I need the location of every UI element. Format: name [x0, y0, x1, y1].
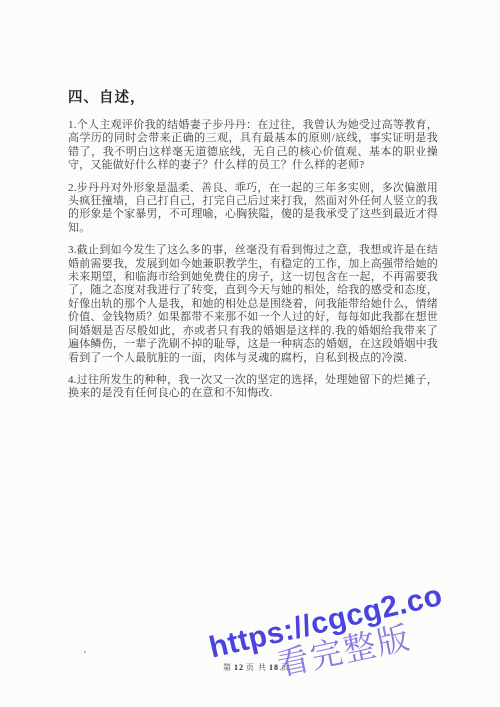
stray-scan-mark: ' — [84, 650, 86, 661]
paragraph-2: 2.步丹丹对外形象是温柔、善良、乖巧，在一起的三年多实则，多次偏激用头疯狂撞墙，… — [68, 182, 438, 236]
document-page: 四、自述， 1.个人主观评价我的结婚妻子步丹丹：在过往，我曾认为她受过高等教育，… — [0, 0, 500, 707]
paragraph-4: 4.过往所发生的种种，我一次又一次的坚定的选择，处理她留下的烂摊子，换来的是没有… — [68, 374, 438, 401]
footer-prefix: 第 — [223, 663, 232, 672]
footer-mid2: 共 — [258, 663, 267, 672]
footer-mid1: 页 — [246, 663, 255, 672]
paragraph-1: 1.个人主观评价我的结婚妻子步丹丹：在过往，我曾认为她受过高等教育，高学历的同时… — [68, 119, 438, 173]
footer-current-page: 12 — [234, 663, 244, 672]
paragraph-3: 3.截止到如今发生了这么多的事，丝毫没有看到悔过之意，我想或许是在结婚前需要我，… — [68, 244, 438, 365]
section-heading: 四、自述， — [68, 86, 438, 107]
document-body: 四、自述， 1.个人主观评价我的结婚妻子步丹丹：在过往，我曾认为她受过高等教育，… — [68, 86, 438, 410]
